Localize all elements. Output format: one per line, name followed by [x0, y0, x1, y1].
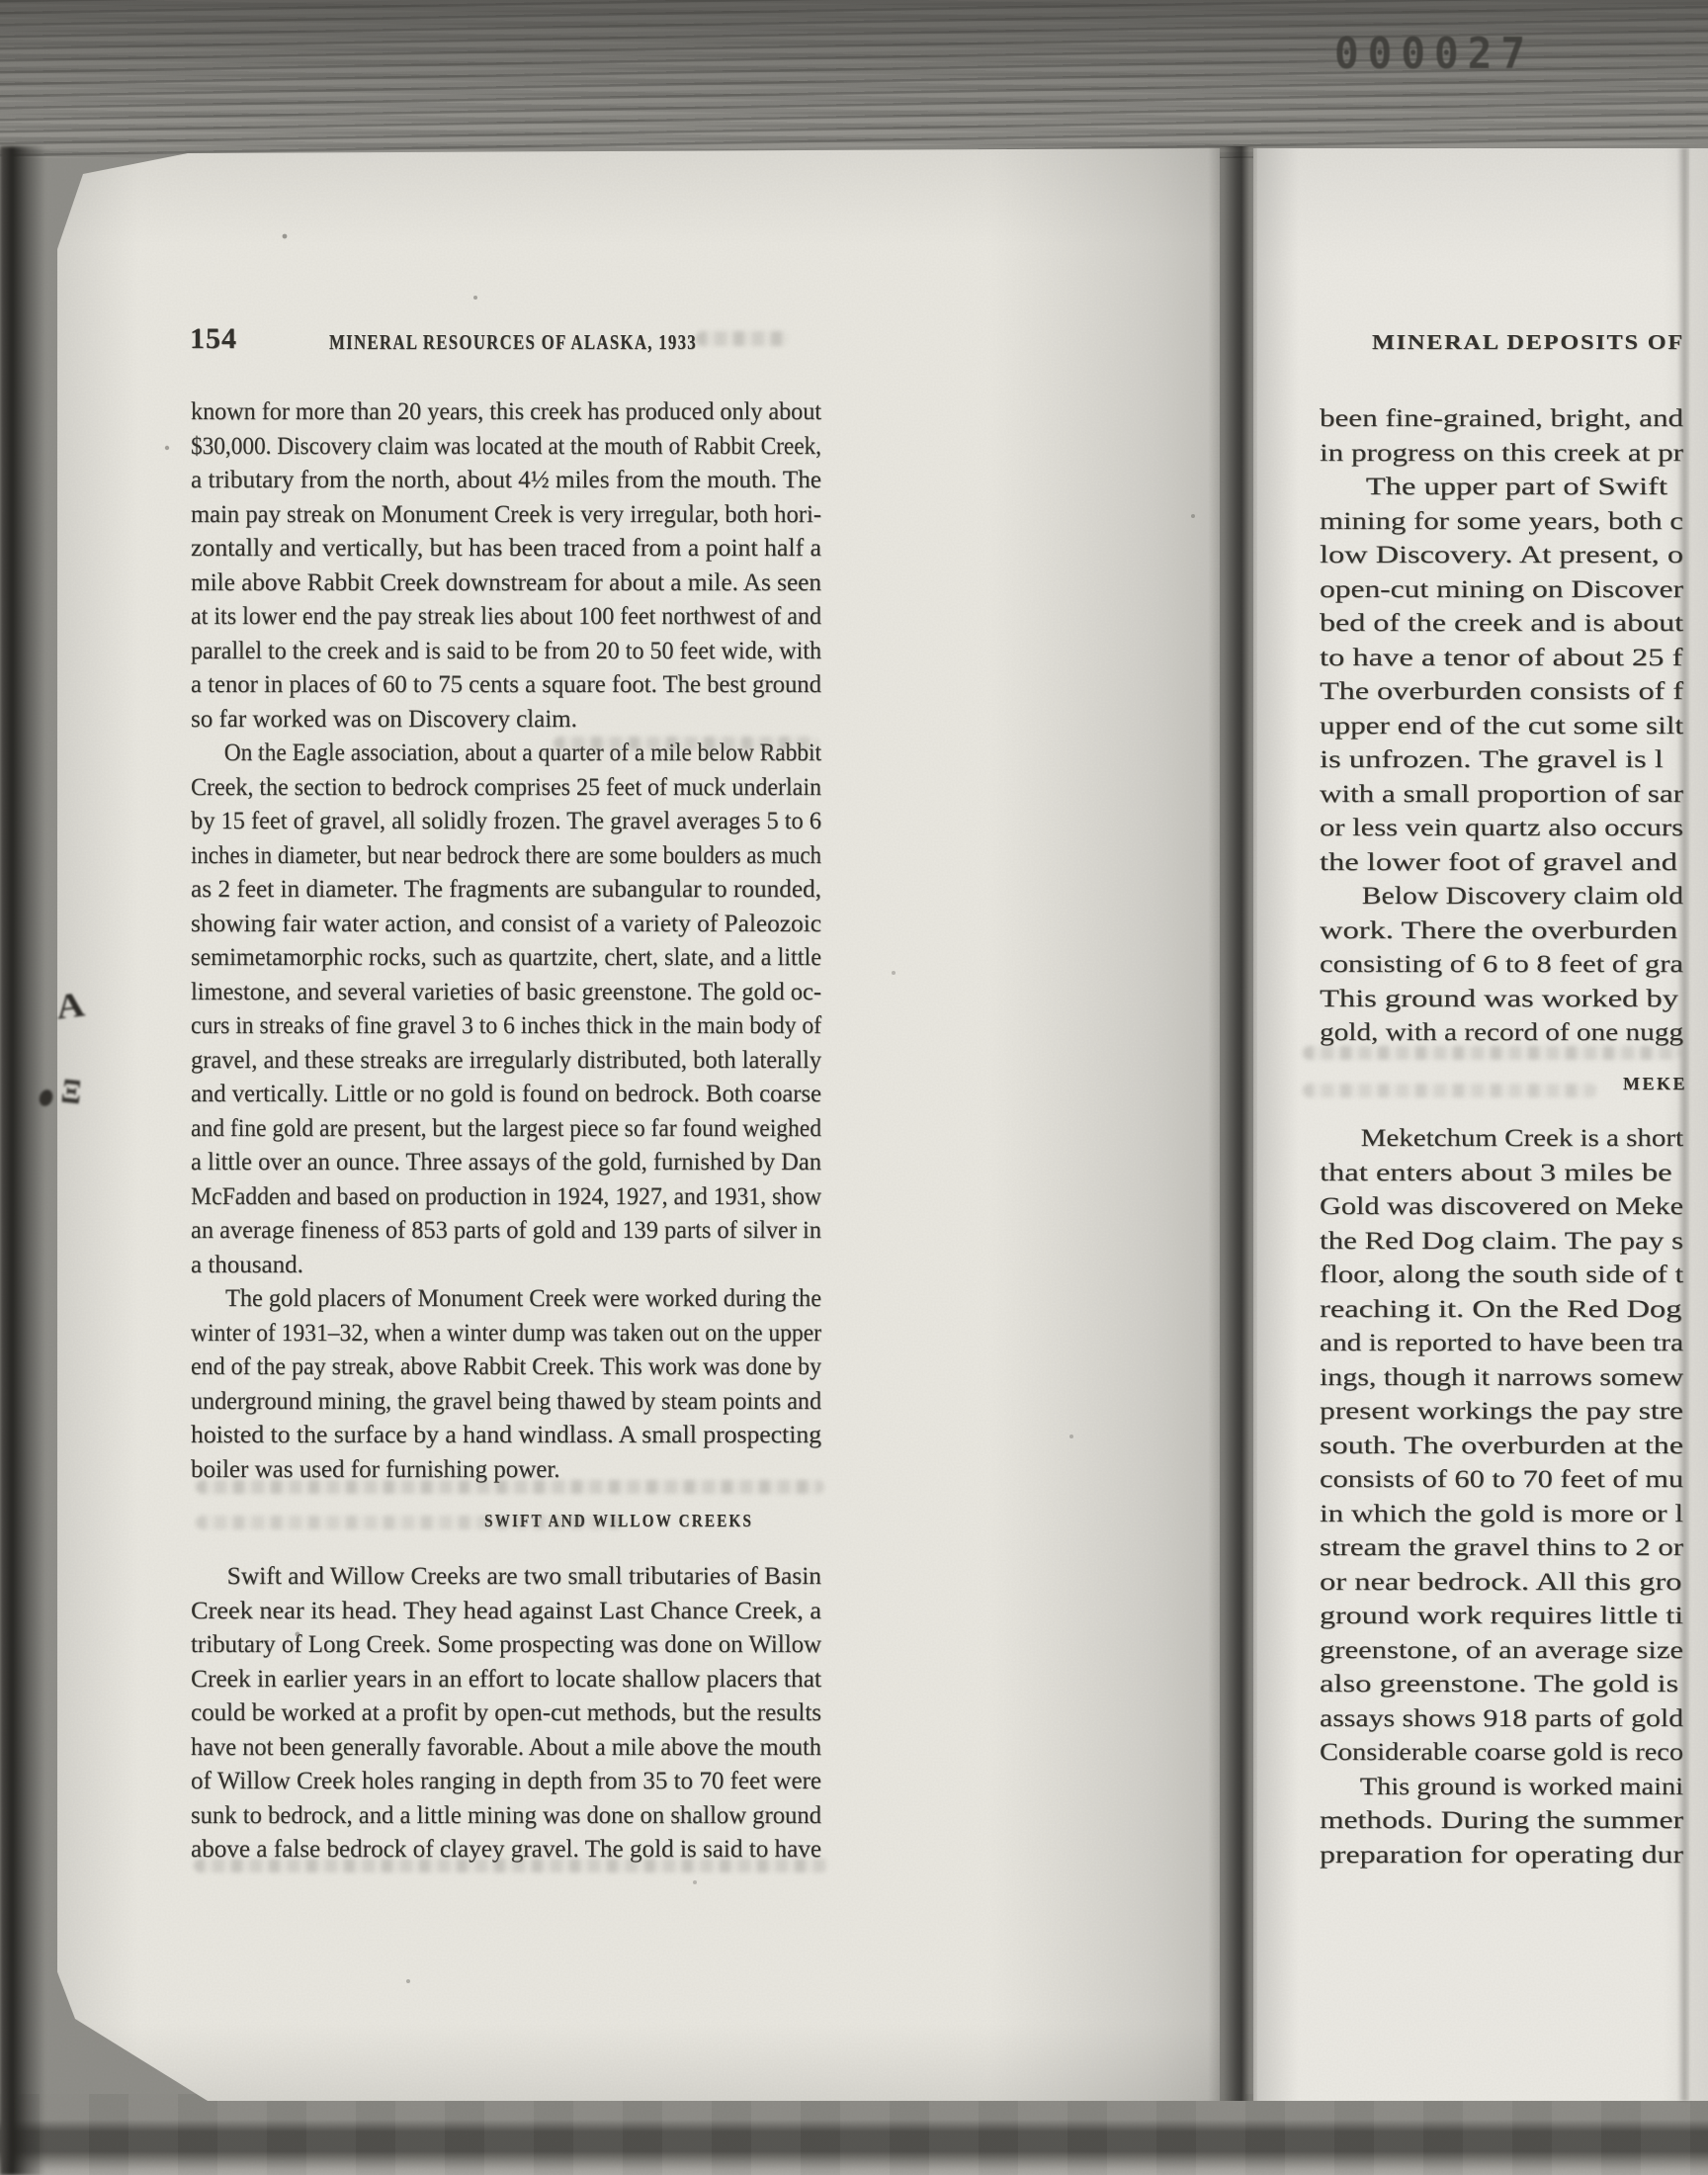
text-line-content: hoisted to the surface by a hand windlas… — [191, 1419, 821, 1453]
ink-blot-mark: Ξ — [38, 1074, 97, 1119]
text-line-content: methods. During the summer — [1320, 1804, 1683, 1839]
right-body-column-after-heading: Meketchum Creek is a shortthat enters ab… — [1320, 1122, 1683, 1872]
text-line: and fine gold are present, but the large… — [191, 1112, 821, 1147]
text-line: Considerable coarse gold is reco — [1320, 1736, 1683, 1771]
text-line: floor, along the south side of t — [1320, 1259, 1683, 1293]
scan-bottom-band — [0, 2094, 1708, 2175]
text-line-content: Meketchum Creek is a short — [1320, 1122, 1683, 1157]
text-line-content: a thousand. — [191, 1249, 303, 1283]
text-line-content: mining for some years, both c — [1320, 505, 1683, 540]
text-line-content: have not been generally favorable. About… — [191, 1731, 821, 1766]
text-line: have not been generally favorable. About… — [191, 1731, 821, 1766]
text-line-content: work. There the overburden — [1320, 914, 1677, 949]
text-line-content: McFadden and based on production in 1924… — [191, 1180, 821, 1215]
text-line-content: mile above Rabbit Creek downstream for a… — [191, 566, 821, 601]
right-running-head-text: MINERAL DEPOSITS OF — [1372, 330, 1684, 355]
text-line: hoisted to the surface by a hand windlas… — [191, 1419, 821, 1453]
text-line-content: and vertically. Little or no gold is fou… — [191, 1078, 821, 1112]
text-line-content: also greenstone. The gold is — [1320, 1668, 1678, 1702]
document-number-stamp: 000027 — [1334, 29, 1534, 79]
text-line: This ground was worked by — [1320, 983, 1683, 1017]
text-line-content: underground mining, the gravel being tha… — [191, 1385, 821, 1420]
left-body-column-after-heading: Swift and Willow Creeks are two small tr… — [191, 1560, 821, 1868]
right-page-edge-margin — [1689, 148, 1708, 2101]
text-line-content: south. The overburden at the — [1320, 1430, 1683, 1464]
text-line: greenstone, of an average size — [1320, 1634, 1683, 1669]
ghost-text-smudge — [554, 737, 818, 750]
text-line-content: with a small proportion of sar — [1320, 778, 1683, 813]
text-line: winter of 1931–32, when a winter dump wa… — [191, 1317, 821, 1351]
text-line: mile above Rabbit Creek downstream for a… — [191, 566, 821, 601]
section-heading-meketchum-partial: MEKE — [1623, 1074, 1686, 1094]
text-line-content: ground work requires little ti — [1320, 1600, 1683, 1634]
text-line-content: could be worked at a profit by open-cut … — [191, 1696, 821, 1731]
text-line: inches in diameter, but near bedrock the… — [191, 839, 821, 874]
text-line-content: at its lower end the pay streak lies abo… — [191, 600, 821, 635]
text-line: showing fair water action, and consist o… — [191, 908, 821, 942]
text-line-content: sunk to bedrock, and a little mining was… — [191, 1799, 821, 1834]
text-line-content: The overburden consists of f — [1320, 675, 1683, 710]
text-line-content: been fine-grained, bright, and — [1320, 402, 1683, 437]
text-line: bed of the creek and is about — [1320, 607, 1683, 642]
text-line: also greenstone. The gold is — [1320, 1668, 1683, 1702]
text-line: ground work requires little ti — [1320, 1600, 1683, 1634]
text-line: been fine-grained, bright, and — [1320, 402, 1683, 437]
text-line: and is reported to have been tra — [1320, 1327, 1683, 1361]
text-line: The upper part of Swift — [1320, 471, 1683, 505]
text-line-content: or less vein quartz also occurs — [1320, 812, 1683, 846]
text-line-content: Swift and Willow Creeks are two small tr… — [191, 1560, 821, 1595]
text-line: south. The overburden at the — [1320, 1430, 1683, 1464]
text-line-content: is unfrozen. The gravel is l — [1320, 743, 1664, 778]
text-line: stream the gravel thins to 2 or — [1320, 1531, 1683, 1566]
text-line-content: a tenor in places of 60 to 75 cents a sq… — [191, 668, 821, 703]
text-line: upper end of the cut some silt — [1320, 710, 1683, 744]
text-line: main pay streak on Monument Creek is ver… — [191, 498, 821, 533]
text-line: a little over an ounce. Three assays of … — [191, 1146, 821, 1180]
text-line: The overburden consists of f — [1320, 675, 1683, 710]
text-line-content: in which the gold is more or l — [1320, 1498, 1683, 1532]
text-line: Gold was discovered on Meke — [1320, 1190, 1683, 1225]
text-line: or near bedrock. All this gro — [1320, 1566, 1683, 1601]
text-line-content: by 15 feet of gravel, all solidly frozen… — [191, 805, 821, 839]
text-line: known for more than 20 years, this creek… — [191, 395, 821, 430]
text-line: assays shows 918 parts of gold — [1320, 1702, 1683, 1737]
book-gutter-shadow — [1208, 146, 1257, 2101]
scanned-book-photostat: 000027 154 MINERAL RESOURCES OF ALASKA, … — [0, 0, 1708, 2175]
ghost-text-smudge — [696, 331, 789, 346]
text-line-content: known for more than 20 years, this creek… — [191, 395, 821, 430]
text-line: parallel to the creek and is said to be … — [191, 635, 821, 669]
text-line-content: Considerable coarse gold is reco — [1320, 1736, 1683, 1771]
text-line-content: Creek in earlier years in an effort to l… — [191, 1663, 821, 1697]
text-line: at its lower end the pay streak lies abo… — [191, 600, 821, 635]
left-body-column: known for more than 20 years, this creek… — [191, 395, 821, 1487]
text-line-content: floor, along the south side of t — [1320, 1259, 1683, 1293]
right-running-head: MINERAL DEPOSITS OF — [1372, 330, 1684, 355]
ghost-text-smudge — [196, 1480, 824, 1494]
text-line-content: limestone, and several varieties of basi… — [191, 976, 821, 1010]
text-line-content: open-cut mining on Discover — [1320, 573, 1683, 608]
text-line-content: gravel, and these streaks are irregularl… — [191, 1044, 821, 1079]
text-line-content: main pay streak on Monument Creek is ver… — [191, 498, 821, 533]
text-line: a thousand. — [191, 1249, 821, 1283]
text-line: methods. During the summer — [1320, 1804, 1683, 1839]
text-line-content: parallel to the creek and is said to be … — [191, 635, 821, 669]
ink-scribble: Ξ — [59, 1072, 83, 1112]
text-line-content: and fine gold are present, but the large… — [191, 1112, 821, 1147]
text-line-content: end of the pay streak, above Rabbit Cree… — [191, 1350, 821, 1385]
text-line-content: This ground was worked by — [1320, 983, 1678, 1017]
text-line: Meketchum Creek is a short — [1320, 1122, 1683, 1157]
text-line-content: winter of 1931–32, when a winter dump wa… — [191, 1317, 821, 1351]
scan-top-band — [0, 0, 1708, 158]
text-line-content: The upper part of Swift — [1320, 471, 1667, 505]
text-line: consisting of 6 to 8 feet of gra — [1320, 948, 1683, 983]
text-line-content: the lower foot of gravel and — [1320, 846, 1677, 881]
text-line-content: to have a tenor of about 25 f — [1320, 642, 1682, 676]
text-line: consists of 60 to 70 feet of mu — [1320, 1463, 1683, 1498]
text-line-content: as 2 feet in diameter. The fragments are… — [191, 873, 821, 908]
text-line: ings, though it narrows somew — [1320, 1361, 1683, 1396]
text-line: in progress on this creek at pr — [1320, 437, 1683, 472]
text-line-content: semimetamorphic rocks, such as quartzite… — [191, 941, 821, 976]
text-line-content: present workings the pay stre — [1320, 1395, 1683, 1430]
text-line-content: a little over an ounce. Three assays of … — [191, 1146, 821, 1180]
page-number: 154 — [190, 322, 237, 356]
text-line-content: an average fineness of 853 parts of gold… — [191, 1214, 821, 1249]
text-line-content: greenstone, of an average size — [1320, 1634, 1683, 1669]
text-line-content: and is reported to have been tra — [1320, 1327, 1683, 1361]
text-line: gravel, and these streaks are irregularl… — [191, 1044, 821, 1079]
text-line: of Willow Creek holes ranging in depth f… — [191, 1765, 821, 1799]
text-line: with a small proportion of sar — [1320, 778, 1683, 813]
text-line-content: Creek near its head. They head against L… — [191, 1595, 821, 1629]
text-line-content: consists of 60 to 70 feet of mu — [1320, 1463, 1683, 1498]
text-line: an average fineness of 853 parts of gold… — [191, 1214, 821, 1249]
text-line-content: Creek, the section to bedrock comprises … — [191, 771, 821, 806]
text-line: Creek in earlier years in an effort to l… — [191, 1663, 821, 1697]
text-line: mining for some years, both c — [1320, 505, 1683, 540]
ghost-text-smudge — [194, 1859, 828, 1872]
text-line-content: assays shows 918 parts of gold — [1320, 1702, 1683, 1737]
left-running-head-text: MINERAL RESOURCES OF ALASKA, 1933 — [329, 330, 697, 355]
text-line: could be worked at a profit by open-cut … — [191, 1696, 821, 1731]
ghost-text-smudge — [1303, 1084, 1597, 1097]
handwritten-margin-mark-a: A — [53, 983, 87, 1027]
text-line: low Discovery. At present, o — [1320, 539, 1683, 573]
text-line-content: tributary of Long Creek. Some prospectin… — [191, 1628, 821, 1663]
text-line-content: reaching it. On the Red Dog — [1320, 1293, 1681, 1328]
ghost-text-smudge — [1303, 1046, 1680, 1060]
text-line: Creek, the section to bedrock comprises … — [191, 771, 821, 806]
text-line: tributary of Long Creek. Some prospectin… — [191, 1628, 821, 1663]
text-line: preparation for operating dur — [1320, 1839, 1683, 1873]
text-line-content: so far worked was on Discovery claim. — [191, 703, 577, 738]
text-line-content: of Willow Creek holes ranging in depth f… — [191, 1765, 821, 1799]
text-line: zontally and vertically, but has been tr… — [191, 532, 821, 566]
text-line: semimetamorphic rocks, such as quartzite… — [191, 941, 821, 976]
text-line: by 15 feet of gravel, all solidly frozen… — [191, 805, 821, 839]
text-line-content: a tributary from the north, about 4½ mil… — [191, 464, 821, 498]
text-line-content: This ground is worked maini — [1320, 1771, 1683, 1805]
text-line-content: showing fair water action, and consist o… — [191, 908, 821, 942]
text-line: as 2 feet in diameter. The fragments are… — [191, 873, 821, 908]
text-line-content: zontally and vertically, but has been tr… — [191, 532, 821, 566]
text-line: $30,000. Discovery claim was located at … — [191, 430, 821, 465]
text-line: Creek near its head. They head against L… — [191, 1595, 821, 1629]
left-running-head: MINERAL RESOURCES OF ALASKA, 1933 — [329, 330, 697, 355]
text-line: open-cut mining on Discover — [1320, 573, 1683, 608]
right-body-column: been fine-grained, bright, andin progres… — [1320, 402, 1683, 1051]
text-line: work. There the overburden — [1320, 914, 1683, 949]
text-line: The gold placers of Monument Creek were … — [191, 1282, 821, 1317]
text-line: so far worked was on Discovery claim. — [191, 703, 821, 738]
text-line-content: in progress on this creek at pr — [1320, 437, 1683, 472]
section-heading-partial-text: MEKE — [1623, 1074, 1687, 1094]
text-line: This ground is worked maini — [1320, 1771, 1683, 1805]
text-line: Swift and Willow Creeks are two small tr… — [191, 1560, 821, 1595]
text-line-content: the Red Dog claim. The pay s — [1320, 1225, 1683, 1260]
text-line: limestone, and several varieties of basi… — [191, 976, 821, 1010]
text-line: Below Discovery claim old — [1320, 880, 1683, 914]
dust-specks — [0, 0, 2, 2]
text-line: end of the pay streak, above Rabbit Cree… — [191, 1350, 821, 1385]
text-line-content: ings, though it narrows somew — [1320, 1361, 1683, 1396]
text-line: the Red Dog claim. The pay s — [1320, 1225, 1683, 1260]
text-line: and vertically. Little or no gold is fou… — [191, 1078, 821, 1112]
ghost-text-smudge — [196, 1516, 623, 1529]
text-line-content: that enters about 3 miles be — [1320, 1157, 1672, 1191]
text-line: a tributary from the north, about 4½ mil… — [191, 464, 821, 498]
text-line-content: Below Discovery claim old — [1320, 880, 1683, 914]
text-line: is unfrozen. The gravel is l — [1320, 743, 1683, 778]
text-line-content: preparation for operating dur — [1320, 1839, 1683, 1873]
text-line: McFadden and based on production in 1924… — [191, 1180, 821, 1215]
ink-dot — [37, 1087, 54, 1107]
text-line: curs in streaks of fine gravel 3 to 6 in… — [191, 1009, 821, 1044]
text-line: present workings the pay stre — [1320, 1395, 1683, 1430]
text-line: sunk to bedrock, and a little mining was… — [191, 1799, 821, 1834]
text-line: the lower foot of gravel and — [1320, 846, 1683, 881]
text-line: in which the gold is more or l — [1320, 1498, 1683, 1532]
text-line: underground mining, the gravel being tha… — [191, 1385, 821, 1420]
text-line-content: inches in diameter, but near bedrock the… — [191, 839, 821, 874]
text-line-content: Gold was discovered on Meke — [1320, 1190, 1683, 1225]
text-line-content: upper end of the cut some silt — [1320, 710, 1683, 744]
scan-left-edge-shadow — [0, 146, 45, 2175]
text-line-content: $30,000. Discovery claim was located at … — [191, 430, 821, 465]
text-line-content: low Discovery. At present, o — [1320, 539, 1683, 573]
text-line: to have a tenor of about 25 f — [1320, 642, 1683, 676]
text-line: that enters about 3 miles be — [1320, 1157, 1683, 1191]
text-line: reaching it. On the Red Dog — [1320, 1293, 1683, 1328]
text-line-content: consisting of 6 to 8 feet of gra — [1320, 948, 1683, 983]
text-line-content: stream the gravel thins to 2 or — [1320, 1531, 1683, 1566]
text-line-content: The gold placers of Monument Creek were … — [191, 1282, 821, 1317]
text-line-content: curs in streaks of fine gravel 3 to 6 in… — [191, 1009, 821, 1044]
text-line: a tenor in places of 60 to 75 cents a sq… — [191, 668, 821, 703]
text-line: or less vein quartz also occurs — [1320, 812, 1683, 846]
text-line-content: bed of the creek and is about — [1320, 607, 1683, 642]
text-line-content: or near bedrock. All this gro — [1320, 1566, 1681, 1601]
